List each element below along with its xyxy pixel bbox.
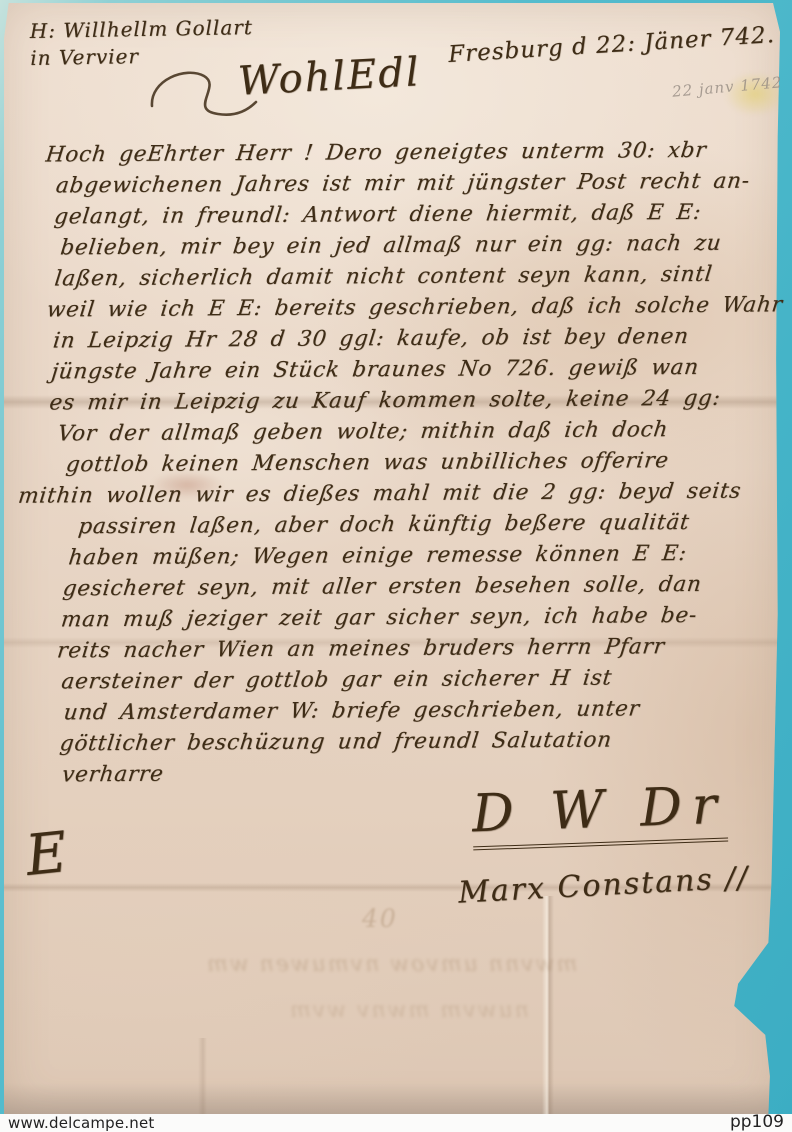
watermark-text: www.delcampe.net	[8, 1114, 155, 1132]
body-line: gelangt, in freundl: Antwort diene hierm…	[54, 199, 772, 235]
body-line: man muß jeziger zeit gar sicher seyn, ic…	[61, 602, 775, 638]
body-line: gesicheret seyn, mit aller ersten besehe…	[63, 571, 775, 607]
body-line: reits nacher Wien an meines bruders herr…	[57, 633, 775, 669]
body-line: göttlicher beschüzung und freundl Saluta…	[60, 726, 776, 762]
body-line: Hoch geEhrter Herr ! Dero geneigtes unte…	[46, 137, 772, 173]
watermark-bar: www.delcampe.net pp109	[0, 1114, 792, 1132]
catalog-code: pp109	[730, 1112, 784, 1132]
body-line: weil wie ich E E: bereits geschrieben, d…	[47, 292, 773, 328]
recipient-name: H: Willhellm Gollart	[30, 14, 254, 45]
margin-mark-e: E	[23, 820, 70, 889]
showthrough-number: 40	[362, 904, 398, 933]
body-line: laßen, sicherlich damit nicht content se…	[55, 261, 773, 297]
body-line: haben müßen; Wegen einige remesse können…	[69, 540, 775, 576]
body-line: in Leipzig Hr 28 d 30 ggl: kaufe, ob ist…	[53, 323, 773, 359]
letter-body: Hoch geEhrter Herr ! Dero geneigtes unte…	[32, 137, 777, 793]
fold-crease-vertical-2	[198, 1038, 207, 1118]
body-line: abgewichenen Jahres ist mir mit jüngster…	[56, 168, 772, 204]
showthrough-line-1: mwvnn umvow nvmuwen wm	[205, 952, 577, 977]
body-line: Vor der allmaß geben wolte; mithin daß i…	[58, 416, 774, 452]
body-line: es mir in Leipzig zu Kauf kommen solte, …	[49, 385, 773, 421]
fold-crease-vertical-1	[542, 896, 554, 1118]
fold-crease-bottom-band	[4, 1083, 780, 1117]
signature-flourish: D W Dr	[471, 776, 728, 845]
body-line: passiren laßen, aber doch künftig beßere…	[78, 509, 774, 545]
body-line: gottlob keinen Menschen was unbilliches …	[66, 447, 774, 483]
body-line: aersteiner der gottlob gar ein sicherer …	[61, 664, 775, 700]
body-line: jüngste Jahre ein Stück braunes No 726. …	[51, 354, 773, 390]
signature-flourish-text: D W Dr	[471, 776, 728, 851]
showthrough-line-2: nuwvm mwnv wvm	[288, 998, 529, 1023]
scanned-letter-image: H: Willhellm Gollart in Vervier Fresburg…	[0, 0, 792, 1132]
salutation-heading: WohlEdl	[237, 49, 422, 104]
body-line: belieben, mir bey ein jed allmaß nur ein…	[60, 230, 772, 266]
body-line: und Amsterdamer W: briefe geschrieben, u…	[64, 695, 776, 731]
